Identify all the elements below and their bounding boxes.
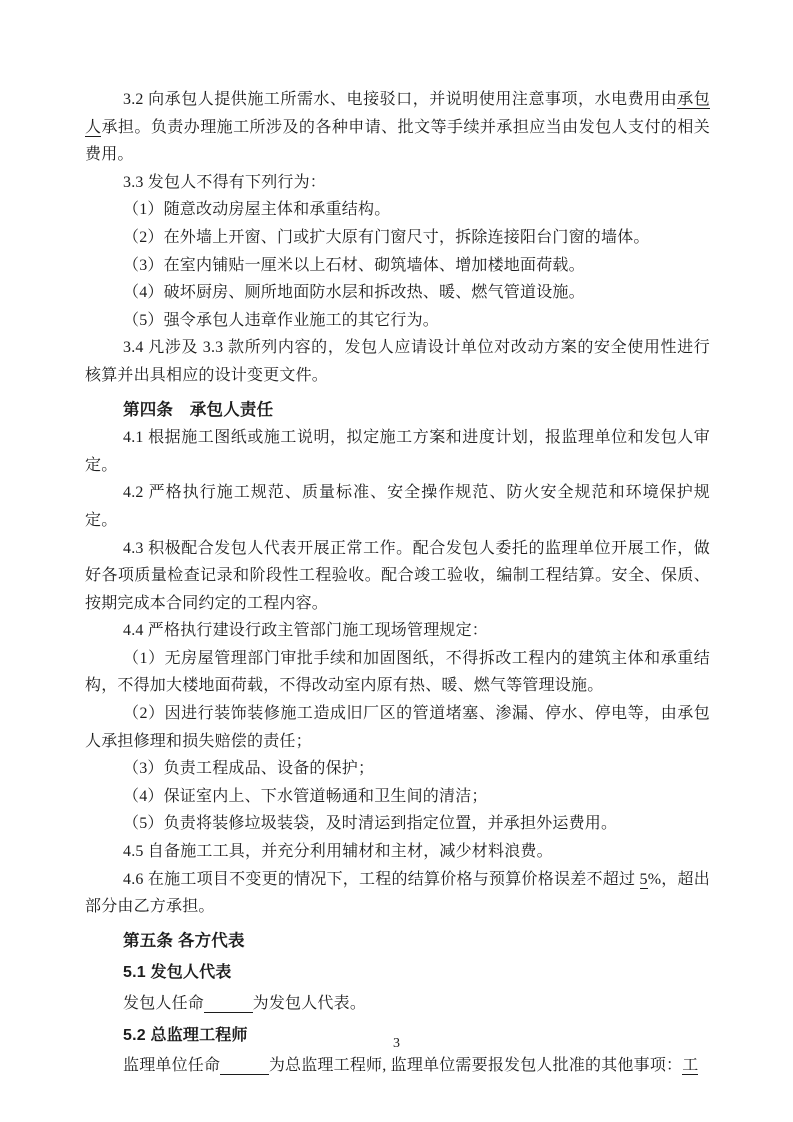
text-run: 为发包人代表。 [253, 995, 366, 1012]
paragraph: （4）保证室内上、下水管道畅通和卫生间的清洁； [85, 783, 710, 811]
text-run: 4.2 严格执行施工规范、质量标准、安全操作规范、防火安全规范和环境保护规定。 [85, 484, 710, 529]
paragraph: 4.4 严格执行建设行政主管部门施工现场管理规定： [85, 617, 710, 645]
paragraph: 3.4 凡涉及 3.3 款所列内容的，发包人应请设计单位对改动方案的安全使用性进… [85, 334, 710, 389]
text-run: （5）强令承包人违章作业施工的其它行为。 [123, 312, 439, 329]
paragraph: 4.1 根据施工图纸或施工说明，拟定施工方案和进度计划，报监理单位和发包人审定。 [85, 424, 710, 479]
paragraph: 4.5 自备施工工具，并充分利用辅材和主材，减少材料浪费。 [85, 838, 710, 866]
text-run: 4.6 在施工项目不变更的情况下，工程的结算价格与预算价格误差不超过 [123, 871, 640, 888]
text-run: （1）随意改动房屋主体和承重结构。 [123, 201, 390, 218]
text-run: 3.3 发包人不得有下列行为： [123, 174, 326, 191]
clause-heading: 5.1 发包人代表 [85, 959, 710, 987]
underlined-text: 工 [682, 1057, 698, 1075]
document-page: 3.2 向承包人提供施工所需水、电接驳口，并说明使用注意事项，水电费用由承包人承… [0, 0, 793, 1122]
paragraph: （3）负责工程成品、设备的保护； [85, 755, 710, 783]
text-run: 3.4 凡涉及 3.3 款所列内容的，发包人应请设计单位对改动方案的安全使用性进… [85, 339, 710, 384]
text-run: 4.5 自备施工工具，并充分利用辅材和主材，减少材料浪费。 [123, 843, 553, 860]
paragraph: 4.6 在施工项目不变更的情况下，工程的结算价格与预算价格误差不超过 5%，超出… [85, 866, 710, 921]
text-run: （4）破坏厨房、厕所地面防水层和拆改热、暖、燃气管道设施。 [123, 284, 585, 301]
section-heading: 第五条 各方代表 [85, 928, 710, 956]
paragraph: （1）无房屋管理部门审批手续和加固图纸，不得拆改工程内的建筑主体和承重结构，不得… [85, 645, 710, 700]
text-run: 发包人任命 [123, 995, 204, 1012]
fill-in-blank [204, 995, 253, 1013]
paragraph: （5）强令承包人违章作业施工的其它行为。 [85, 307, 710, 335]
text-run: 5.1 发包人代表 [123, 964, 232, 981]
paragraph: （4）破坏厨房、厕所地面防水层和拆改热、暖、燃气管道设施。 [85, 279, 710, 307]
fill-in-paragraph: 监理单位任命 为总监理工程师, 监理单位需要报发包人批准的其他事项：工 [85, 1052, 710, 1080]
paragraph: 4.3 积极配合发包人代表开展正常工作。配合发包人委托的监理单位开展工作，做好各… [85, 535, 710, 618]
paragraph: （2）在外墙上开窗、门或扩大原有门窗尺寸，拆除连接阳台门窗的墙体。 [85, 224, 710, 252]
text-run: （3）在室内铺贴一厘米以上石材、砌筑墙体、增加楼地面荷载。 [123, 257, 585, 274]
paragraph: 3.3 发包人不得有下列行为： [85, 169, 710, 197]
paragraph: （5）负责将装修垃圾装袋，及时清运到指定位置，并承担外运费用。 [85, 810, 710, 838]
paragraph: （1）随意改动房屋主体和承重结构。 [85, 196, 710, 224]
text-run: 4.3 积极配合发包人代表开展正常工作。配合发包人委托的监理单位开展工作，做好各… [85, 540, 710, 612]
paragraph: 4.2 严格执行施工规范、质量标准、安全操作规范、防火安全规范和环境保护规定。 [85, 479, 710, 534]
paragraph: （2）因进行装饰装修施工造成旧厂区的管道堵塞、渗漏、停水、停电等，由承包人承担修… [85, 700, 710, 755]
text-run: 第四条 承包人责任 [123, 401, 273, 419]
text-run: 4.1 根据施工图纸或施工说明，拟定施工方案和进度计划，报监理单位和发包人审定。 [85, 429, 710, 474]
underlined-text: 5 [640, 871, 648, 889]
text-run: （3）负责工程成品、设备的保护； [123, 760, 374, 777]
text-run: 为总监理工程师, 监理单位需要报发包人批准的其他事项： [269, 1057, 682, 1074]
text-run: （1）无房屋管理部门审批手续和加固图纸，不得拆改工程内的建筑主体和承重结构，不得… [85, 650, 710, 695]
section-heading: 第四条 承包人责任 [85, 397, 710, 425]
text-run: （2）因进行装饰装修施工造成旧厂区的管道堵塞、渗漏、停水、停电等，由承包人承担修… [85, 705, 710, 750]
text-run: 3.2 向承包人提供施工所需水、电接驳口，并说明使用注意事项，水电费用由 [123, 91, 677, 108]
text-run: 监理单位任命 [123, 1057, 220, 1074]
paragraph: 3.2 向承包人提供施工所需水、电接驳口，并说明使用注意事项，水电费用由承包人承… [85, 86, 710, 169]
text-run: 4.4 严格执行建设行政主管部门施工现场管理规定： [123, 622, 488, 639]
fill-in-paragraph: 发包人任命 为发包人代表。 [85, 990, 710, 1018]
fill-in-blank [220, 1057, 269, 1075]
text-run: （4）保证室内上、下水管道畅通和卫生间的清洁； [123, 788, 488, 805]
text-run: （2）在外墙上开窗、门或扩大原有门窗尺寸，拆除连接阳台门窗的墙体。 [123, 229, 650, 246]
text-run: 第五条 各方代表 [123, 932, 245, 950]
paragraph: （3）在室内铺贴一厘米以上石材、砌筑墙体、增加楼地面荷载。 [85, 252, 710, 280]
text-run: 承担。负责办理施工所涉及的各种申请、批文等手续并承担应当由发包人支付的相关费用。 [85, 119, 710, 164]
page-number: 3 [0, 1036, 793, 1052]
document-body: 3.2 向承包人提供施工所需水、电接驳口，并说明使用注意事项，水电费用由承包人承… [0, 0, 793, 1081]
text-run: （5）负责将装修垃圾装袋，及时清运到指定位置，并承担外运费用。 [123, 815, 617, 832]
